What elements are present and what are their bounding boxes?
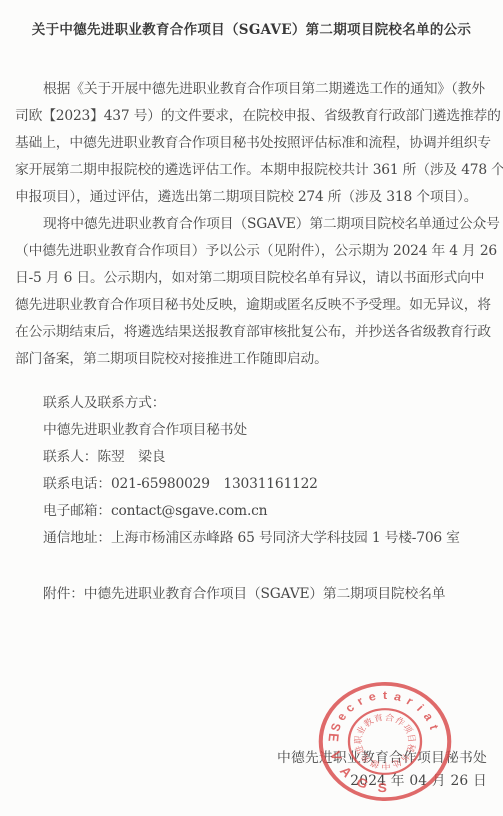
- svg-text:a: a: [420, 710, 436, 723]
- body-line: 基础上，中德先进职业教育合作项目秘书处按照评估标准和流程，协调并组织专: [15, 130, 491, 157]
- contact-line: 中德先进职业教育合作项目秘书处: [43, 417, 491, 444]
- svg-text:a: a: [393, 690, 404, 704]
- svg-text:项: 项: [400, 723, 415, 736]
- svg-text:业: 业: [354, 724, 370, 737]
- svg-text:r: r: [404, 694, 416, 708]
- svg-text:育: 育: [373, 712, 385, 725]
- svg-text:t: t: [383, 689, 387, 702]
- svg-text:r: r: [354, 694, 366, 708]
- svg-text:t: t: [426, 723, 441, 731]
- svg-text:S: S: [328, 722, 345, 733]
- contact-line: 联系人：陈翌 梁良: [43, 444, 491, 471]
- body-line: 现将中德先进职业教育合作项目（SGAVE）第二期项目院校名单通过公众号: [15, 211, 491, 238]
- body-line: 德先进职业教育合作项目秘书处反映，逾期或匿名反映不予受理。如无异议，将: [15, 292, 491, 319]
- svg-text:E: E: [325, 733, 342, 743]
- contact-line: 电子邮箱：contact@sgave.com.cn: [43, 498, 491, 525]
- svg-text:c: c: [342, 701, 357, 715]
- body-line: 申报项目），通过评估，遴选出第二期项目院校 274 所（涉及 318 个项目）。: [15, 184, 491, 211]
- svg-text:合: 合: [384, 711, 396, 724]
- svg-text:e: e: [367, 689, 378, 703]
- signature-date: 2024 年 04 月 26 日: [277, 770, 487, 793]
- document-body: 根据《关于开展中德先进职业教育合作项目第二期遴选工作的通知》（教外司欧【2023…: [15, 76, 491, 373]
- contact-line: 联系人及联系方式：: [43, 390, 491, 417]
- contact-line: 通信地址：上海市杨浦区赤峰路 65 号同济大学科技园 1 号楼-706 室: [43, 525, 491, 552]
- svg-text:教: 教: [361, 715, 376, 729]
- svg-text:职: 职: [353, 735, 365, 744]
- signature-org: 中德先进职业教育合作项目秘书处: [277, 747, 487, 770]
- body-line: 根据《关于开展中德先进职业教育合作项目第二期遴选工作的通知》（教外: [15, 76, 491, 103]
- body-line: 司欧【2023】437 号）的文件要求，在院校申报、省级教育行政部门遴选推荐的: [15, 103, 491, 130]
- body-line: 家开展第二期申报院校的遴选评估工作。本期申报院校共计 361 所（涉及 478 …: [15, 157, 491, 184]
- attachment-line: 附件：中德先进职业教育合作项目（SGAVE）第二期项目院校名单: [43, 581, 491, 608]
- contact-line: 联系电话：021-65980029 13031161122: [43, 471, 491, 498]
- svg-text:i: i: [414, 702, 427, 714]
- svg-text:目: 目: [405, 733, 418, 743]
- body-line: 部门备案，第二期项目院校对接推进工作随即启动。: [15, 346, 491, 373]
- document-page: 关于中德先进职业教育合作项目（SGAVE）第二期项目院校名单的公示 根据《关于开…: [0, 0, 503, 816]
- svg-text:e: e: [333, 710, 349, 723]
- signature-block: 中德先进职业教育合作项目秘书处 2024 年 04 月 26 日: [277, 747, 487, 793]
- body-line: （中德先进职业教育合作项目）予以公示（见附件），公示期为 2024 年 4 月 …: [15, 238, 491, 265]
- contact-block: 联系人及联系方式：中德先进职业教育合作项目秘书处联系人：陈翌 梁良联系电话：02…: [43, 390, 491, 552]
- body-line: 在公示期结束后，将遴选结果送报教育部审核批复公布，并抄送各省级教育行政: [15, 319, 491, 346]
- document-title: 关于中德先进职业教育合作项目（SGAVE）第二期项目院校名单的公示: [0, 19, 503, 41]
- svg-text:作: 作: [393, 714, 408, 728]
- body-line: 日-5 月 6 日。公示期内，如对第二期项目院校名单有异议，请以书面形式向中: [15, 265, 491, 292]
